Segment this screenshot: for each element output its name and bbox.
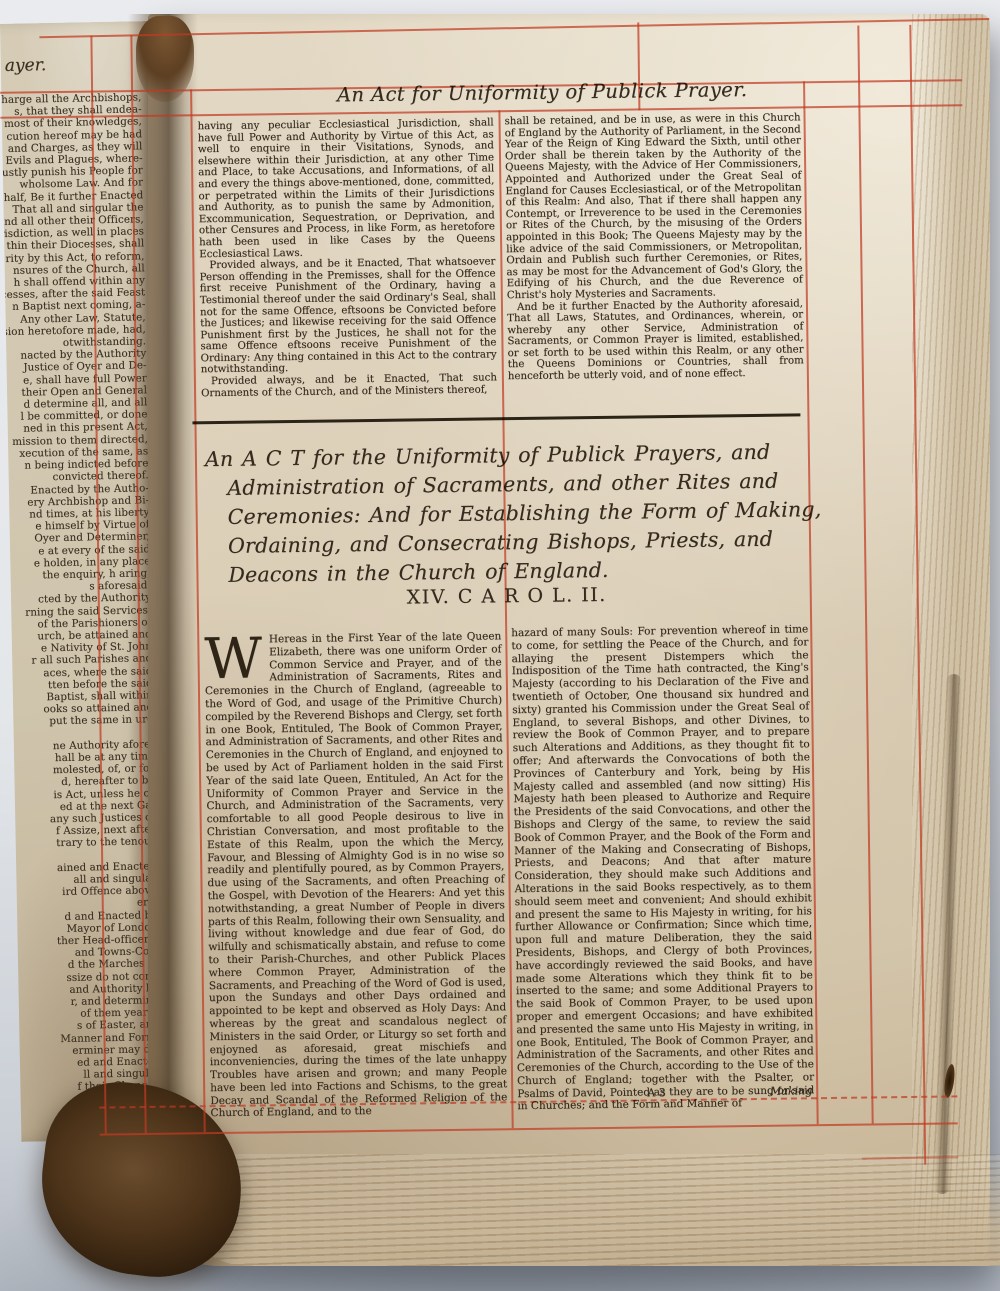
paragraph: And be it further Enacted by the Authori… <box>507 298 804 383</box>
statute-left-column: having any peculiar Ecclesiastical Juris… <box>198 117 498 399</box>
chapter-heading: XIV. C A R O L. II. <box>307 583 707 610</box>
paragraph: Provided always, and be it Enacted, That… <box>199 256 496 376</box>
statute-right-column: shall be retained, and be in use, as wer… <box>504 112 803 383</box>
red-ruling-line <box>130 35 146 1133</box>
red-ruling-line <box>857 26 873 1124</box>
running-header: An Act for Uniformity of Publick Prayer. <box>292 76 792 109</box>
act-title-heading: An A C T for the Uniformity of Publick P… <box>205 437 833 590</box>
red-ruling-line <box>90 36 106 1134</box>
paragraph: having any peculiar Ecclesiastical Juris… <box>198 117 496 260</box>
catchword: Making <box>770 1084 812 1098</box>
paragraph: shall be retained, and be in use, as wer… <box>504 112 802 301</box>
preamble-left-column: WHereas in the First Year of the late Qu… <box>204 630 507 1120</box>
drop-cap-initial: W <box>204 633 269 683</box>
red-ruling-line <box>862 1156 958 1159</box>
printed-content: An Act for Uniformity of Publick Prayer.… <box>0 0 1000 1291</box>
preamble-right-column: hazard of many Souls: For prevention whe… <box>511 623 814 1113</box>
red-ruling-line <box>100 1122 958 1135</box>
paragraph: Provided always, and be it Enacted, That… <box>201 372 497 399</box>
red-ruling-line <box>39 18 989 38</box>
preamble-left-text: Hereas in the First Year of the late Que… <box>205 630 507 1119</box>
section-divider-rule <box>192 413 800 424</box>
preamble-right-text: hazard of many Souls: For prevention whe… <box>511 623 814 1112</box>
book-photograph: ayer. charge all the Archbishops,s, that… <box>0 0 1000 1291</box>
signature-mark: A 3 <box>647 1086 666 1099</box>
red-ruling-line <box>909 25 926 1165</box>
